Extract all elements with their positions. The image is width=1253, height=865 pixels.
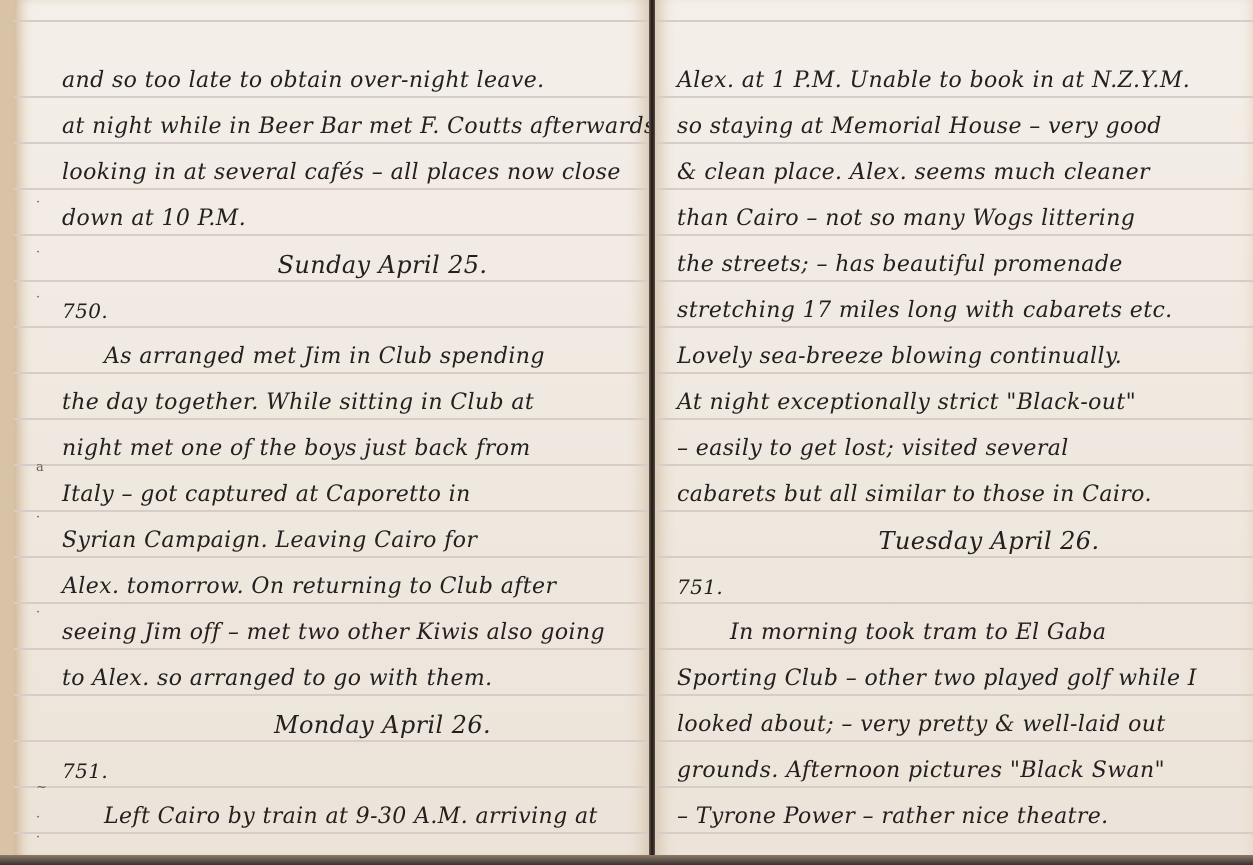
book-bottom-edge [0,855,1253,865]
right-page-text: Alex. at 1 P.M. Unable to book in at N.Z… [655,58,1253,840]
diary-line: Sporting Club – other two played golf wh… [655,656,1253,702]
diary-line: cabarets but all similar to those in Cai… [655,472,1253,518]
diary-line: the streets; – has beautiful promenade [655,242,1253,288]
diary-line: and so too late to obtain over-night lea… [14,58,651,104]
diary-line: the day together. While sitting in Club … [14,380,651,426]
diary-line: than Cairo – not so many Wogs littering [655,196,1253,242]
diary-line: grounds. Afternoon pictures "Black Swan" [655,748,1253,794]
diary-line: – Tyrone Power – rather nice theatre. [655,794,1253,840]
diary-line: Alex. tomorrow. On returning to Club aft… [14,564,651,610]
diary-line: Lovely sea-breeze blowing continually. [655,334,1253,380]
diary-line: looking in at several cafés – all places… [14,150,651,196]
date-heading: Monday April 26. [14,702,651,748]
date-heading: Sunday April 25. [14,242,651,288]
entry-number: 750. [14,288,651,334]
diary-line: In morning took tram to El Gaba [655,610,1253,656]
diary-line: to Alex. so arranged to go with them. [14,656,651,702]
diary-spread: · · · a · · ~ · · and so too late to obt… [0,0,1253,865]
diary-line: At night exceptionally strict "Black-out… [655,380,1253,426]
right-page: Alex. at 1 P.M. Unable to book in at N.Z… [655,0,1253,858]
diary-line: so staying at Memorial House – very good [655,104,1253,150]
entry-number: 751. [655,564,1253,610]
left-page-text: and so too late to obtain over-night lea… [14,58,651,840]
diary-line: at night while in Beer Bar met F. Coutts… [14,104,651,150]
diary-line: & clean place. Alex. seems much cleaner [655,150,1253,196]
diary-line: down at 10 P.M. [14,196,651,242]
diary-line: Left Cairo by train at 9-30 A.M. arrivin… [14,794,651,840]
diary-line: night met one of the boys just back from [14,426,651,472]
diary-line: Alex. at 1 P.M. Unable to book in at N.Z… [655,58,1253,104]
diary-line: looked about; – very pretty & well-laid … [655,702,1253,748]
diary-line: stretching 17 miles long with cabarets e… [655,288,1253,334]
diary-line: As arranged met Jim in Club spending [14,334,651,380]
diary-line: seeing Jim off – met two other Kiwis als… [14,610,651,656]
left-page: · · · a · · ~ · · and so too late to obt… [0,0,651,858]
entry-number: 751. [14,748,651,794]
diary-line: Syrian Campaign. Leaving Cairo for [14,518,651,564]
diary-line: Italy – got captured at Caporetto in [14,472,651,518]
diary-line: – easily to get lost; visited several [655,426,1253,472]
date-heading: Tuesday April 26. [655,518,1253,564]
